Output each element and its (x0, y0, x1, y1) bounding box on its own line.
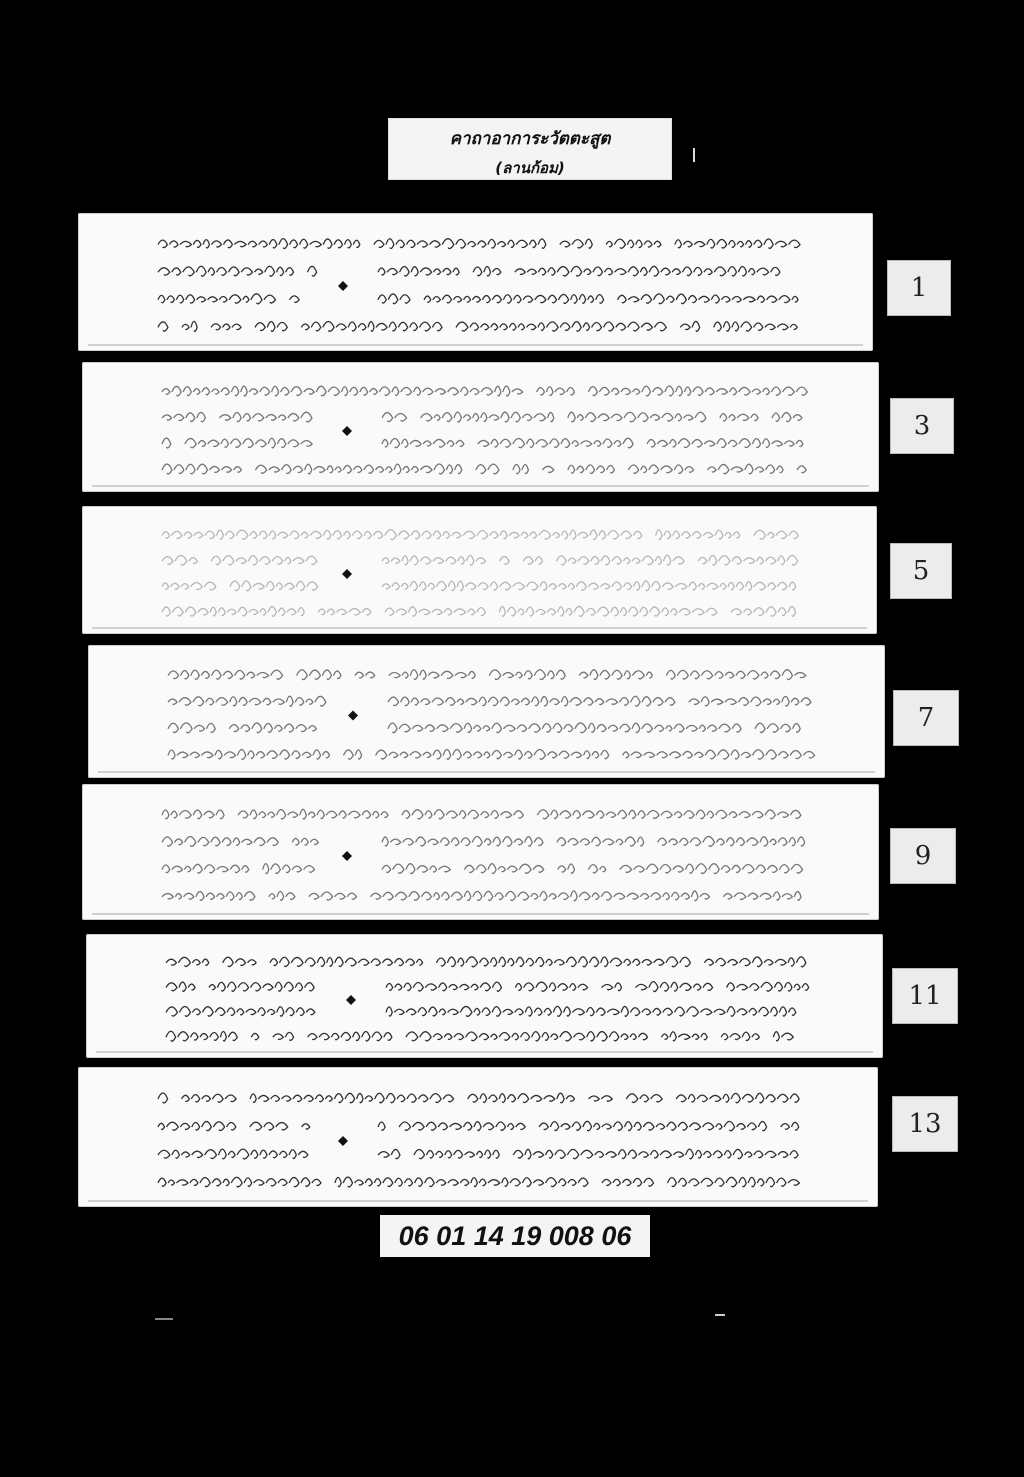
palm-leaf-7 (88, 645, 885, 778)
page-number-label: 11 (892, 968, 958, 1024)
palm-leaf-3 (82, 362, 879, 492)
palm-leaf-13 (78, 1067, 878, 1207)
page-number-label: 9 (890, 828, 956, 884)
scan-speck (155, 1318, 173, 1320)
scan-speck (715, 1314, 725, 1316)
page-number-label: 3 (890, 398, 954, 454)
scan-mark (693, 148, 695, 162)
palm-leaf-1 (78, 213, 873, 351)
palm-leaf-5 (82, 506, 877, 634)
page-number-label: 5 (890, 543, 952, 599)
manuscript-subtitle: (ลานก้อม) (389, 156, 671, 180)
palm-leaf-11 (86, 934, 883, 1058)
manuscript-title: คาถาอาการะวัตตะสูต (389, 125, 671, 152)
title-label: คาถาอาการะวัตตะสูต (ลานก้อม) (388, 118, 672, 180)
archive-code: 06 01 14 19 008 06 (399, 1221, 632, 1252)
palm-leaf-9 (82, 784, 879, 920)
archive-code-label: 06 01 14 19 008 06 (380, 1215, 650, 1257)
page-number-label: 13 (892, 1096, 958, 1152)
page-number-label: 7 (893, 690, 959, 746)
page-number-label: 1 (887, 260, 951, 316)
